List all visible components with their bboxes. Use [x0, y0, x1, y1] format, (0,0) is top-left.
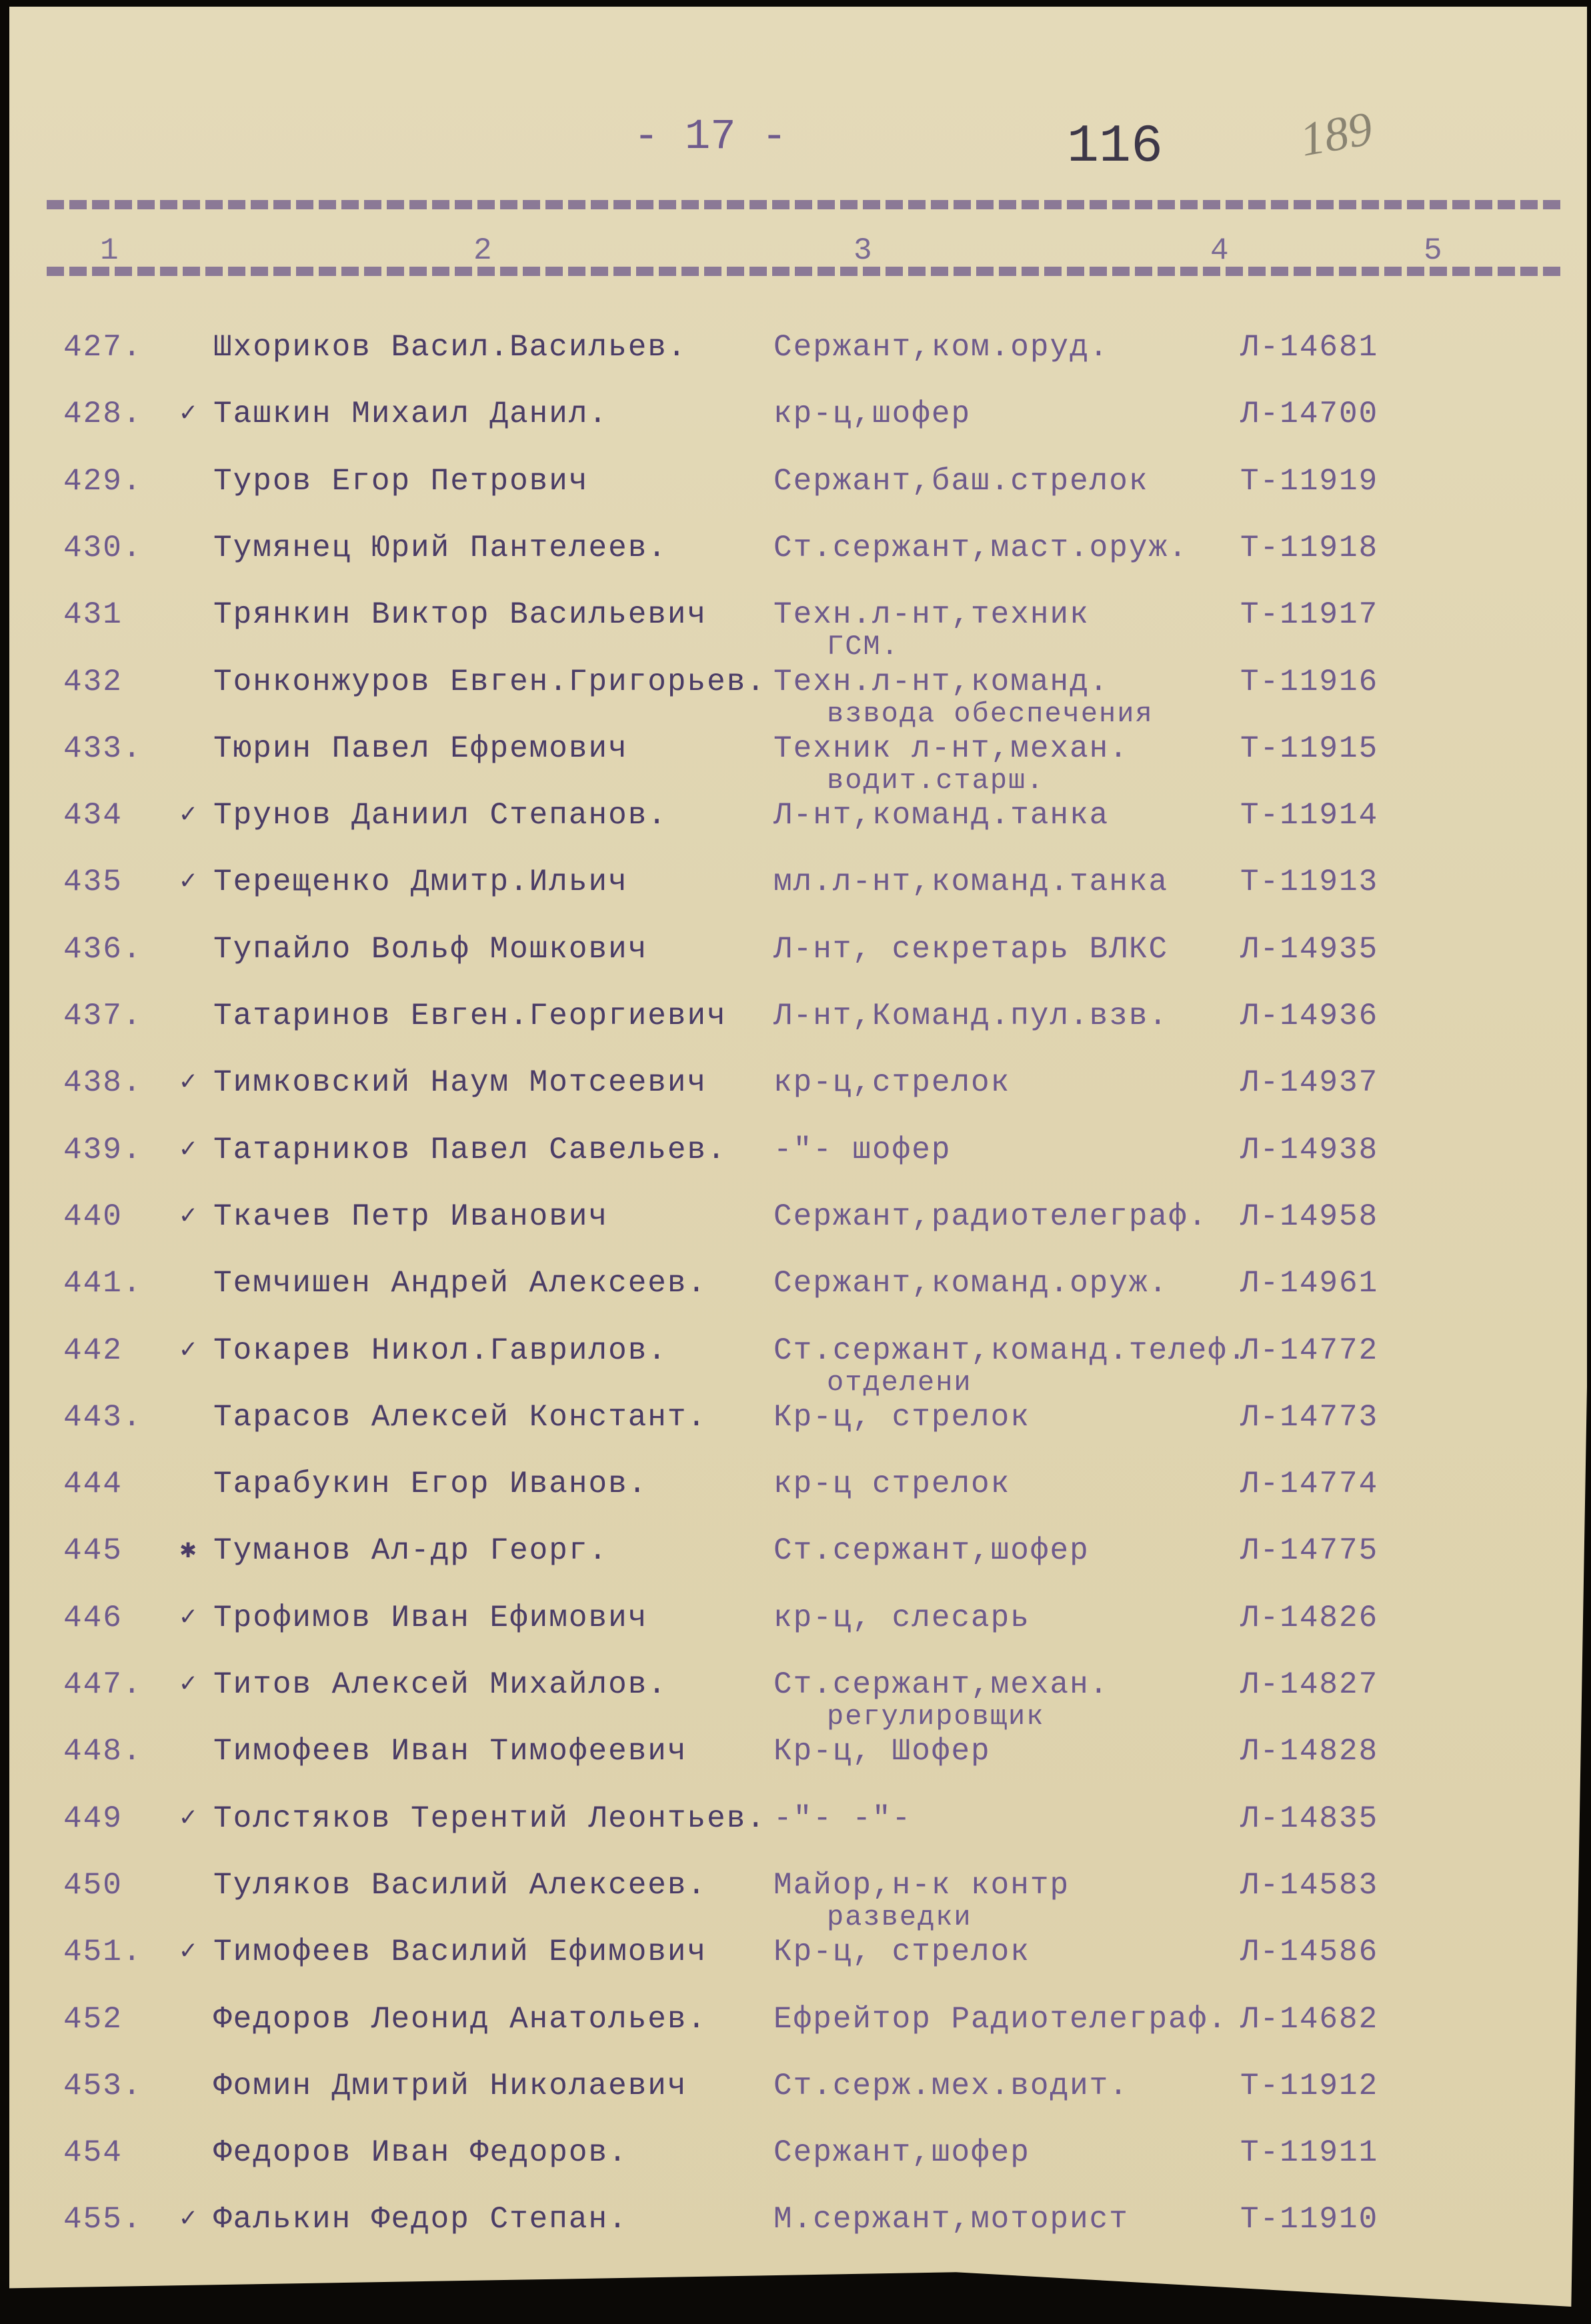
- person-name: Тимофеев Василий Ефимович: [213, 1935, 707, 1969]
- table-row: 428.✓Ташкин Михаил Данил.кр-ц,шоферЛ-147…: [0, 397, 1591, 457]
- person-name: Татаринов Евген.Георгиевич: [213, 999, 727, 1033]
- record-id: Т-11910: [1240, 2202, 1378, 2237]
- row-number: 430.: [63, 531, 142, 565]
- table-row: 430.Тумянец Юрий Пантелеев.Ст.сержант,ма…: [0, 531, 1591, 591]
- table-row: 449✓Толстяков Терентий Леонтьев.-"- -"-Л…: [0, 1801, 1591, 1861]
- table-row: 434✓Трунов Даниил Степанов.Л-нт,команд.т…: [0, 798, 1591, 858]
- record-id: Т-11913: [1240, 865, 1378, 899]
- table-row: 443.Тарасов Алексей Констант.Кр-ц, стрел…: [0, 1400, 1591, 1460]
- record-id: Л-14773: [1240, 1400, 1378, 1435]
- record-id: Л-14938: [1240, 1133, 1378, 1167]
- rank-position: Ст.сержант,маст.оруж.: [773, 531, 1188, 565]
- header-rule-bottom: [47, 267, 1560, 276]
- table-row: 427.Шхориков Васил.Васильев.Сержант,ком.…: [0, 330, 1591, 390]
- rank-position: Л-нт,Команд.пул.взв.: [773, 999, 1168, 1033]
- person-name: Ташкин Михаил Данил.: [213, 397, 608, 431]
- row-number: 452: [63, 2002, 123, 2037]
- person-name: Терещенко Дмитр.Ильич: [213, 865, 628, 899]
- column-header-5: 5: [1424, 233, 1442, 268]
- table-row: 447.✓Титов Алексей Михайлов.Ст.сержант,м…: [0, 1667, 1591, 1727]
- column-header-2: 2: [473, 233, 492, 268]
- rank-position: Ст.сержант,механ.: [773, 1667, 1109, 1702]
- row-number: 440: [63, 1199, 123, 1234]
- person-name: Фалькин Федор Степан.: [213, 2202, 628, 2237]
- check-mark-icon: ✓: [180, 2202, 197, 2235]
- person-name: Туманов Ал-др Георг.: [213, 1533, 608, 1568]
- row-number: 432: [63, 665, 123, 699]
- rank-position: Сержант,команд.оруж.: [773, 1266, 1168, 1301]
- table-row: 437.Татаринов Евген.ГеоргиевичЛ-нт,Коман…: [0, 999, 1591, 1059]
- row-number: 443.: [63, 1400, 142, 1435]
- row-number: 450: [63, 1868, 123, 1903]
- check-mark-icon: ✓: [180, 1199, 197, 1232]
- rank-position-continued: ГСМ.: [827, 631, 900, 663]
- row-number: 449: [63, 1801, 123, 1836]
- person-name: Фомин Дмитрий Николаевич: [213, 2069, 687, 2103]
- rank-position: кр-ц,стрелок: [773, 1065, 1010, 1100]
- row-number: 439.: [63, 1133, 142, 1167]
- record-id: Л-14835: [1240, 1801, 1378, 1836]
- record-id: Л-14772: [1240, 1333, 1378, 1368]
- column-header-4: 4: [1210, 233, 1229, 268]
- rank-position: кр-ц,шофер: [773, 397, 971, 431]
- check-mark-icon: ✓: [180, 1667, 197, 1700]
- rank-position: Ст.сержант,команд.телеф.: [773, 1333, 1248, 1368]
- row-number: 454: [63, 2135, 123, 2170]
- record-id: Т-11919: [1240, 464, 1378, 499]
- row-number: 447.: [63, 1667, 142, 1702]
- check-mark-icon: ✓: [180, 1133, 197, 1165]
- record-id: Л-14774: [1240, 1467, 1378, 1501]
- rank-position: Ст.сержант,шофер: [773, 1533, 1090, 1568]
- record-id: Л-14937: [1240, 1065, 1378, 1100]
- person-name: Федоров Леонид Анатольев.: [213, 2002, 707, 2037]
- person-name: Тюрин Павел Ефремович: [213, 731, 628, 766]
- row-number: 442: [63, 1333, 123, 1368]
- person-name: Тимофеев Иван Тимофеевич: [213, 1734, 687, 1769]
- person-name: Тумянец Юрий Пантелеев.: [213, 531, 667, 565]
- rank-position: Майор,н-к контр: [773, 1868, 1070, 1903]
- row-number: 431: [63, 597, 123, 632]
- row-number: 436.: [63, 932, 142, 967]
- person-name: Толстяков Терентий Леонтьев.: [213, 1801, 766, 1836]
- page-number: - 17 -: [633, 113, 787, 161]
- table-row: 433.Тюрин Павел ЕфремовичТехник л-нт,мех…: [0, 731, 1591, 791]
- record-id: Л-14826: [1240, 1601, 1378, 1635]
- row-number: 427.: [63, 330, 142, 365]
- table-row: 452Федоров Леонид Анатольев.Ефрейтор Рад…: [0, 2002, 1591, 2062]
- record-id: Л-14827: [1240, 1667, 1378, 1702]
- sheet-number: 116: [1067, 117, 1163, 177]
- person-name: Федоров Иван Федоров.: [213, 2135, 628, 2170]
- table-row: 450Туляков Василий Алексеев.Майор,н-к ко…: [0, 1868, 1591, 1928]
- check-mark-icon: ✓: [180, 1801, 197, 1834]
- rank-position: Л-нт, секретарь ВЛКС: [773, 932, 1168, 967]
- rank-position: -"- шофер: [773, 1133, 951, 1167]
- rank-position: мл.л-нт,команд.танка: [773, 865, 1168, 899]
- person-name: Туров Егор Петрович: [213, 464, 589, 499]
- row-number: 448.: [63, 1734, 142, 1769]
- record-id: Л-14958: [1240, 1199, 1378, 1234]
- rank-position: Ст.серж.мех.водит.: [773, 2069, 1129, 2103]
- table-row: 454Федоров Иван Федоров.Сержант,шоферТ-1…: [0, 2135, 1591, 2195]
- rank-position: Техн.л-нт,техник: [773, 597, 1090, 632]
- record-id: Л-14961: [1240, 1266, 1378, 1301]
- check-mark-icon: ✓: [180, 865, 197, 897]
- person-name: Шхориков Васил.Васильев.: [213, 330, 687, 365]
- person-name: Татарников Павел Савельев.: [213, 1133, 727, 1167]
- table-row: 436.Тупайло Вольф МошковичЛ-нт, секретар…: [0, 932, 1591, 992]
- row-number: 428.: [63, 397, 142, 431]
- row-number: 446: [63, 1601, 123, 1635]
- record-id: Т-11918: [1240, 531, 1378, 565]
- table-row: 429.Туров Егор ПетровичСержант,баш.стрел…: [0, 464, 1591, 524]
- row-number: 438.: [63, 1065, 142, 1100]
- rank-position: Сержант,радиотелеграф.: [773, 1199, 1208, 1234]
- table-row: 446✓Трофимов Иван Ефимовичкр-ц, слесарьЛ…: [0, 1601, 1591, 1661]
- rank-position: Сержант,шофер: [773, 2135, 1030, 2170]
- person-name: Ткачев Петр Иванович: [213, 1199, 608, 1234]
- row-number: 437.: [63, 999, 142, 1033]
- table-row: 435✓Терещенко Дмитр.Ильичмл.л-нт,команд.…: [0, 865, 1591, 925]
- record-id: Л-14936: [1240, 999, 1378, 1033]
- check-mark-icon: ✓: [180, 1935, 197, 1967]
- record-id: Л-14682: [1240, 2002, 1378, 2037]
- rank-position: Сержант,баш.стрелок: [773, 464, 1149, 499]
- rank-position-continued: взвода обеспечения: [827, 698, 1154, 730]
- row-number: 441.: [63, 1266, 142, 1301]
- record-id: Л-14681: [1240, 330, 1378, 365]
- rank-position: Кр-ц, стрелок: [773, 1935, 1030, 1969]
- table-row: 441.Темчишен Андрей Алексеев.Сержант,ком…: [0, 1266, 1591, 1326]
- record-id: Л-14935: [1240, 932, 1378, 967]
- rank-position: Техн.л-нт,команд.: [773, 665, 1109, 699]
- person-name: Тарабукин Егор Иванов.: [213, 1467, 647, 1501]
- record-id: Л-14828: [1240, 1734, 1378, 1769]
- rank-position: -"- -"-: [773, 1801, 912, 1836]
- rank-position: Техник л-нт,механ.: [773, 731, 1129, 766]
- rank-position-continued: водит.старш.: [827, 765, 1044, 797]
- rank-position: кр-ц, слесарь: [773, 1601, 1030, 1635]
- person-name: Тимковский Наум Мотсеевич: [213, 1065, 707, 1100]
- rank-position: Ефрейтор Радиотелеграф.: [773, 2002, 1228, 2037]
- person-name: Тарасов Алексей Констант.: [213, 1400, 707, 1435]
- record-id: Т-11916: [1240, 665, 1378, 699]
- rank-position: М.сержант,моторист: [773, 2202, 1129, 2237]
- record-id: Л-14583: [1240, 1868, 1378, 1903]
- table-row: 438.✓Тимковский Наум Мотсеевичкр-ц,стрел…: [0, 1065, 1591, 1125]
- row-number: 429.: [63, 464, 142, 499]
- record-id: Т-11911: [1240, 2135, 1378, 2170]
- rank-position: Сержант,ком.оруд.: [773, 330, 1109, 365]
- person-name: Токарев Никол.Гаврилов.: [213, 1333, 667, 1368]
- rank-position-continued: регулировщик: [827, 1701, 1044, 1733]
- table-row: 445✱Туманов Ал-др Георг.Ст.сержант,шофер…: [0, 1533, 1591, 1593]
- check-mark-icon: ✓: [180, 397, 197, 429]
- person-name: Титов Алексей Михайлов.: [213, 1667, 667, 1702]
- record-id: Л-14586: [1240, 1935, 1378, 1969]
- record-id: Т-11915: [1240, 731, 1378, 766]
- person-name: Темчишен Андрей Алексеев.: [213, 1266, 707, 1301]
- rank-position-continued: отделени: [827, 1367, 972, 1399]
- column-header-3: 3: [854, 233, 872, 268]
- table-row: 448.Тимофеев Иван ТимофеевичКр-ц, ШоферЛ…: [0, 1734, 1591, 1794]
- record-id: Т-11912: [1240, 2069, 1378, 2103]
- person-name: Туляков Василий Алексеев.: [213, 1868, 707, 1903]
- row-number: 434: [63, 798, 123, 833]
- row-number: 453.: [63, 2069, 142, 2103]
- table-row: 453.Фомин Дмитрий НиколаевичСт.серж.мех.…: [0, 2069, 1591, 2129]
- person-name: Тонконжуров Евген.Григорьев.: [213, 665, 766, 699]
- check-mark-icon: ✓: [180, 1065, 197, 1098]
- person-name: Тупайло Вольф Мошкович: [213, 932, 647, 967]
- table-row: 444Тарабукин Егор Иванов.кр-ц стрелокЛ-1…: [0, 1467, 1591, 1527]
- table-row: 431Трянкин Виктор ВасильевичТехн.л-нт,те…: [0, 597, 1591, 657]
- rank-position: Кр-ц, стрелок: [773, 1400, 1030, 1435]
- record-id: Л-14700: [1240, 397, 1378, 431]
- rank-position: кр-ц стрелок: [773, 1467, 1010, 1501]
- person-name: Трянкин Виктор Васильевич: [213, 597, 707, 632]
- table-row: 432Тонконжуров Евген.Григорьев.Техн.л-нт…: [0, 665, 1591, 725]
- record-id: Т-11917: [1240, 597, 1378, 632]
- rank-position: Л-нт,команд.танка: [773, 798, 1109, 833]
- row-number: 444: [63, 1467, 123, 1501]
- person-name: Трофимов Иван Ефимович: [213, 1601, 647, 1635]
- check-mark-icon: ✱: [180, 1533, 197, 1566]
- row-number: 445: [63, 1533, 123, 1568]
- rank-position-continued: разведки: [827, 1901, 972, 1933]
- record-id: Т-11914: [1240, 798, 1378, 833]
- check-mark-icon: ✓: [180, 1601, 197, 1633]
- row-number: 433.: [63, 731, 142, 766]
- check-mark-icon: ✓: [180, 798, 197, 831]
- table-row: 455.✓Фалькин Федор Степан.М.сержант,мото…: [0, 2202, 1591, 2262]
- row-number: 451.: [63, 1935, 142, 1969]
- row-number: 455.: [63, 2202, 142, 2237]
- row-number: 435: [63, 865, 123, 899]
- rank-position: Кр-ц, Шофер: [773, 1734, 991, 1769]
- check-mark-icon: ✓: [180, 1333, 197, 1366]
- table-row: 439.✓Татарников Павел Савельев.-"- шофер…: [0, 1133, 1591, 1193]
- person-name: Трунов Даниил Степанов.: [213, 798, 667, 833]
- table-row: 442✓Токарев Никол.Гаврилов.Ст.сержант,ко…: [0, 1333, 1591, 1393]
- table-row: 440✓Ткачев Петр ИвановичСержант,радиотел…: [0, 1199, 1591, 1259]
- column-header-1: 1: [100, 233, 119, 268]
- header-rule-top: [47, 200, 1560, 209]
- record-id: Л-14775: [1240, 1533, 1378, 1568]
- table-row: 451.✓Тимофеев Василий ЕфимовичКр-ц, стре…: [0, 1935, 1591, 1995]
